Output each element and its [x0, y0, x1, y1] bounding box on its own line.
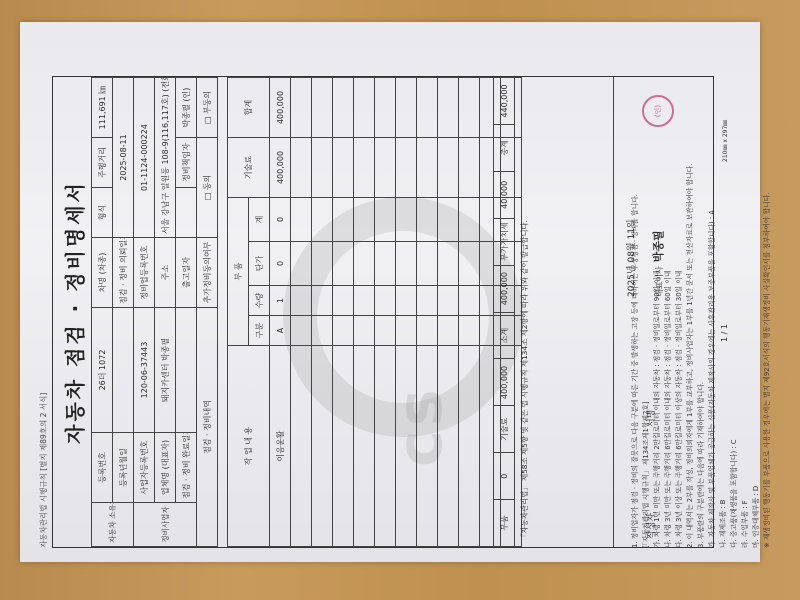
- table-row: [396, 78, 417, 547]
- work-section-label: 점검 · 정비내역: [197, 308, 218, 547]
- table-row: [375, 78, 396, 547]
- page-number: 1 / 1: [720, 324, 729, 342]
- cell-subtotal: [417, 198, 438, 242]
- paper-size: 210㎜ x 297㎜: [720, 120, 729, 162]
- cell-unit-price: [291, 242, 312, 286]
- cell-unit-price: [333, 242, 354, 286]
- cell-item: [333, 346, 354, 547]
- cell-unit-price: [312, 242, 333, 286]
- cell-labor: [375, 138, 396, 198]
- cell-item: 이음윤활: [270, 346, 291, 547]
- address-label: 주소: [155, 238, 176, 308]
- notes-list: 1. 정비업자가 점검 · 정비의 잘못으로 다음 구분에 따른 기간 중 발생…: [630, 78, 773, 548]
- cell-total: [375, 78, 396, 138]
- note-line: 2. 이 내역서는 2부를 작성, 정비의뢰자에게 1부를 교부하고, 정비사업…: [685, 78, 696, 548]
- release-date-label: 출고일자: [176, 238, 197, 308]
- info-table: 자동차 소유자 등록번호 26더 1072 차명 (차종) 형식 주행거리 11…: [91, 77, 218, 547]
- cell-item: [291, 346, 312, 547]
- cell-total: [291, 78, 312, 138]
- cell-total: [312, 78, 333, 138]
- header-parts: 부 품: [228, 198, 249, 346]
- note-line: 가. 자동차 제작사 및 부품업체가 공급하는 신품(자동차 제작사의 경우에는…: [707, 78, 718, 548]
- reg-date-value: [113, 308, 134, 433]
- form-reference: 자동차관리법 시행규칙 [별지 제89호의 2 서식]: [38, 393, 49, 548]
- cell-total: [354, 78, 375, 138]
- table-row: [417, 78, 438, 547]
- cell-labor: [459, 138, 480, 198]
- note-line: 라. 수입부품 : F: [740, 78, 751, 548]
- sum-labor-value: 400,000: [494, 359, 515, 406]
- cell-qty: [417, 286, 438, 316]
- header-item: 작 업 내 용: [228, 346, 270, 547]
- release-date-value: [176, 188, 197, 238]
- address-value: 서울 강남구 일원동 108-9(116,117호) (전화번호)3414820…: [155, 78, 176, 238]
- cell-item: [354, 346, 375, 547]
- document-paper: 자동차관리법 시행규칙 [별지 제89호의 2 서식] 자동차 점검 · 정비명…: [20, 22, 760, 562]
- table-row: [333, 78, 354, 547]
- summary-table: 부품 0 기술료 400,000 소계 400,000 부가가치세 40,000…: [493, 77, 515, 547]
- cell-qty: [291, 286, 312, 316]
- shop-reg-label: 정비업등록번호: [134, 238, 155, 308]
- cell-subtotal: [333, 198, 354, 242]
- header-type: 구분: [249, 316, 270, 346]
- note-line: 1. 정비업자가 점검 · 정비의 잘못으로 다음 구분에 따른 기간 중 발생…: [630, 78, 641, 548]
- req-date-value: 2025-08-11: [113, 78, 134, 238]
- cell-type: [459, 316, 480, 346]
- sum-vat-label: 부가가치세: [494, 218, 515, 265]
- header-subtotal: 계: [249, 198, 270, 242]
- cell-subtotal: [459, 198, 480, 242]
- req-date-label: 점검 · 정비 의뢰일자: [113, 238, 134, 308]
- cell-subtotal: 0: [270, 198, 291, 242]
- shop-name-label: 업체명 (대표자): [155, 433, 176, 503]
- table-row: 이음윤활A100400,000400,000: [270, 78, 291, 547]
- header-qty: 수량: [249, 286, 270, 316]
- cell-type: [417, 316, 438, 346]
- note-line: 다. 중고품(재생품을 포함합니다) : C: [729, 78, 740, 548]
- note-line: 마. 인증대체부품 : D: [751, 78, 762, 548]
- cell-type: [291, 316, 312, 346]
- work-table: 작 업 내 용 부 품 기술료 합계 구분 수량 단가 계 이음윤활A10040…: [227, 77, 522, 547]
- cell-total: 400,000: [270, 78, 291, 138]
- cell-type: [396, 316, 417, 346]
- cell-labor: [291, 138, 312, 198]
- note-line: ※ 재생정비된 행동기를 부품으로 사용한 경우에는 별지 제92호서식의 행동…: [762, 78, 773, 548]
- sum-total-value: 440,000: [494, 78, 515, 125]
- legal-statement: 「자동차관리법」 제58조 제5항 및 같은 법 시행규칙 제134조 제2항에…: [519, 85, 531, 541]
- extra-consent-label: 추가정비동의여부: [197, 238, 218, 308]
- note-line: 나. 차령 3년 미만 또는 주행거리 6만킬로미터 이내의 자동차 : 점검 …: [663, 78, 674, 548]
- cell-subtotal: [438, 198, 459, 242]
- cell-subtotal: [396, 198, 417, 242]
- cell-unit-price: [438, 242, 459, 286]
- cell-total: [417, 78, 438, 138]
- inspection-sheet: 자동차관리법 시행규칙 [별지 제89호의 2 서식] 자동차 점검 · 정비명…: [30, 62, 750, 562]
- cell-qty: [333, 286, 354, 316]
- table-row: [291, 78, 312, 547]
- cell-total: [438, 78, 459, 138]
- sum-total-label: 총계: [494, 124, 515, 171]
- cell-qty: [459, 286, 480, 316]
- consent-yes-checkbox[interactable]: □ 동의: [197, 138, 218, 238]
- cell-item: [312, 346, 333, 547]
- note-line: 3. 부품란의 구분란에는 다음에 따라 기재하여야 합니다.: [696, 78, 707, 548]
- cell-qty: [396, 286, 417, 316]
- sum-labor-label: 기술료: [494, 406, 515, 453]
- car-name-label: 차명 (차종): [92, 238, 113, 308]
- cell-subtotal: [354, 198, 375, 242]
- cell-labor: [354, 138, 375, 198]
- note-line: [「자동차관리법 시행규칙」 제134조제1항제2호]: [641, 78, 652, 548]
- cell-item: [438, 346, 459, 547]
- cell-unit-price: [375, 242, 396, 286]
- cell-total: [333, 78, 354, 138]
- cell-subtotal: [375, 198, 396, 242]
- cell-qty: [375, 286, 396, 316]
- note-line: 가. 차령 1년 미만 또는 주행거리 2만킬로미터 이내의 자동차 : 점검 …: [652, 78, 663, 548]
- note-line: 다. 차령 3년 이상 또는 주행거리 6만킬로미터 이상의 자동차 : 점검 …: [674, 78, 685, 548]
- shop-reg-value: 01-1124-000224: [134, 78, 155, 238]
- cell-type: [354, 316, 375, 346]
- model-label: 형식: [92, 188, 113, 238]
- mileage-label: 주행거리: [92, 138, 113, 188]
- reg-no-label: 등록번호: [92, 433, 113, 503]
- cell-item: [459, 346, 480, 547]
- sum-vat-value: 40,000: [494, 171, 515, 218]
- cell-qty: [354, 286, 375, 316]
- sum-subtotal-value: 400,000: [494, 265, 515, 312]
- cell-unit-price: 0: [270, 242, 291, 286]
- cell-type: [333, 316, 354, 346]
- manager-label: 정비책임자: [176, 138, 197, 188]
- sum-subtotal-label: 소계: [494, 312, 515, 359]
- cell-type: A: [270, 316, 291, 346]
- manager-value: 박종필 (인): [176, 78, 197, 138]
- header-total: 합계: [228, 78, 270, 138]
- cell-unit-price: [417, 242, 438, 286]
- cell-labor: [396, 138, 417, 198]
- cell-labor: [312, 138, 333, 198]
- reg-no-value: 26더 1072: [92, 308, 113, 433]
- cell-type: [375, 316, 396, 346]
- table-row: [312, 78, 333, 547]
- mileage-value: 111,691 ㎞: [92, 78, 113, 138]
- owner-section-label: 자동차 소유자: [92, 503, 134, 547]
- table-row: [354, 78, 375, 547]
- shop-name-value: 돼지카센터 박종필: [155, 308, 176, 433]
- cell-qty: 1: [270, 286, 291, 316]
- cell-qty: [438, 286, 459, 316]
- cell-item: [375, 346, 396, 547]
- biz-no-value: 120-06-37443: [134, 308, 155, 433]
- cell-labor: [417, 138, 438, 198]
- cell-labor: [333, 138, 354, 198]
- cell-item: [417, 346, 438, 547]
- form-frame: 자동차 점검 · 정비명세서 cs 자동차 소유자 등록번호 26더 1072 …: [52, 76, 714, 548]
- done-date-label: 점검 · 정비 완료일자: [176, 433, 197, 503]
- reg-date-label: 등록년월일: [113, 433, 134, 503]
- cell-total: [396, 78, 417, 138]
- cell-unit-price: [354, 242, 375, 286]
- header-unit-price: 단가: [249, 242, 270, 286]
- cell-subtotal: [291, 198, 312, 242]
- shop-section-label: 정비사업자: [134, 503, 197, 547]
- cell-total: [459, 78, 480, 138]
- header-labor: 기술료: [228, 138, 270, 198]
- cell-type: [312, 316, 333, 346]
- done-date-value: [176, 308, 197, 433]
- document-title: 자동차 점검 · 정비명세서: [59, 77, 88, 547]
- biz-no-label: 사업자등록번호: [134, 433, 155, 503]
- cell-item: [396, 346, 417, 547]
- cell-qty: [312, 286, 333, 316]
- cell-unit-price: [396, 242, 417, 286]
- cell-unit-price: [459, 242, 480, 286]
- sum-parts-label: 부품: [494, 500, 515, 547]
- cell-labor: 400,000: [270, 138, 291, 198]
- consent-no-checkbox[interactable]: □ 부동의: [197, 78, 218, 138]
- table-row: [438, 78, 459, 547]
- cell-labor: [438, 138, 459, 198]
- cell-type: [438, 316, 459, 346]
- table-row: [459, 78, 480, 547]
- cell-subtotal: [312, 198, 333, 242]
- sum-parts-value: 0: [494, 453, 515, 500]
